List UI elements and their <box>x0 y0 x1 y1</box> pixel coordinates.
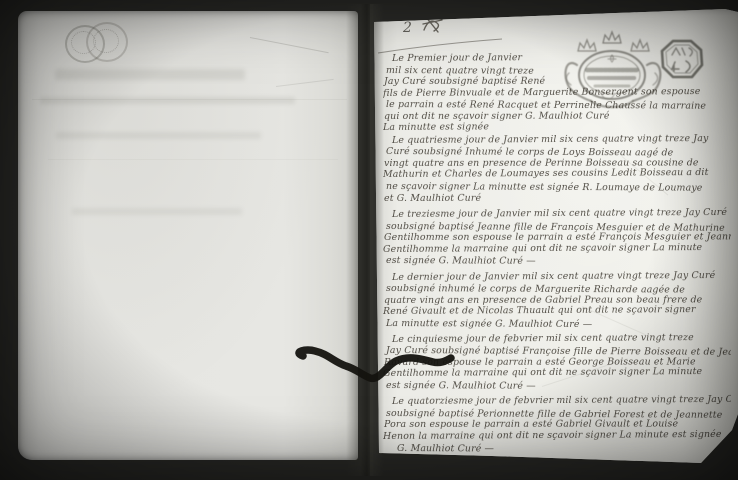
paper-crease <box>32 99 347 100</box>
manuscript-line: Le Premier jour de Janvier <box>392 53 731 65</box>
manuscript-line: fils de Pierre Binvuale et de Marguerite… <box>383 86 731 100</box>
manuscript-line: est signée G. Maulhiot Curé — <box>386 255 731 268</box>
paper-crease <box>48 159 338 160</box>
manuscript-line: Le quatorziesme jour de febvrier mil six… <box>392 394 731 408</box>
manuscript-line: Gentilhomme la marraine qui ont dit ne s… <box>383 366 731 380</box>
register-entry: Le dernier jour de Janvier mil six cent … <box>383 272 731 330</box>
register-entry: Le quatorziesme jour de febvrier mil six… <box>383 396 731 454</box>
spine-line <box>370 4 373 476</box>
manuscript-line: Henon la marraine qui ont dit ne sçavoir… <box>383 429 731 443</box>
manuscript-line: Gentilhomme la marraine qui ont dit ne s… <box>383 242 731 256</box>
manuscript-line: La minutte est signée G. Maulhiot Curé — <box>386 318 731 331</box>
archival-scan: 2 <box>0 0 738 480</box>
manuscript-line: Le dernier jour de Janvier mil six cent … <box>392 270 731 284</box>
manuscript-line: René Givault et de Nicolas Thuault qui o… <box>383 304 731 318</box>
left-page <box>18 11 358 460</box>
paraph-mark-icon <box>420 14 446 36</box>
showthrough-text <box>72 208 242 215</box>
manuscript-line: est signée G. Maulhiot Curé — <box>386 380 731 393</box>
register-entry: Le quatriesme jour de Janvier mil six ce… <box>383 135 731 204</box>
book-gutter <box>346 4 384 476</box>
manuscript-line: Mathurin et Charles de Loumayes ses cous… <box>383 167 731 181</box>
pencil-mark <box>276 79 334 87</box>
page-number: 2 <box>403 20 412 36</box>
showthrough-text <box>56 132 261 139</box>
manuscript-line: La minutte est signée <box>383 120 731 134</box>
manuscript-line: et G. Maulhiot Curé <box>384 192 731 204</box>
right-page: 2 <box>372 6 738 468</box>
register-entry: Le Premier jour de Janvier mil six cent … <box>383 53 731 134</box>
manuscript-line: Le cinquiesme jour de febvrier mil six c… <box>392 332 731 346</box>
faint-seal-icon <box>93 29 119 53</box>
manuscript-text: Le Premier jour de Janvier mil six cent … <box>383 53 731 461</box>
manuscript-line: Le quatriesme jour de Janvier mil six ce… <box>392 133 731 147</box>
pencil-mark <box>250 37 329 53</box>
register-entry: Le cinquiesme jour de febvrier mil six c… <box>383 334 731 392</box>
manuscript-line: G. Maulhiot Curé — <box>397 443 731 456</box>
showthrough-text <box>55 69 245 80</box>
manuscript-line: Le treziesme jour de Janvier mil six cen… <box>392 207 731 221</box>
register-entry: Le treziesme jour de Janvier mil six cen… <box>383 209 731 267</box>
